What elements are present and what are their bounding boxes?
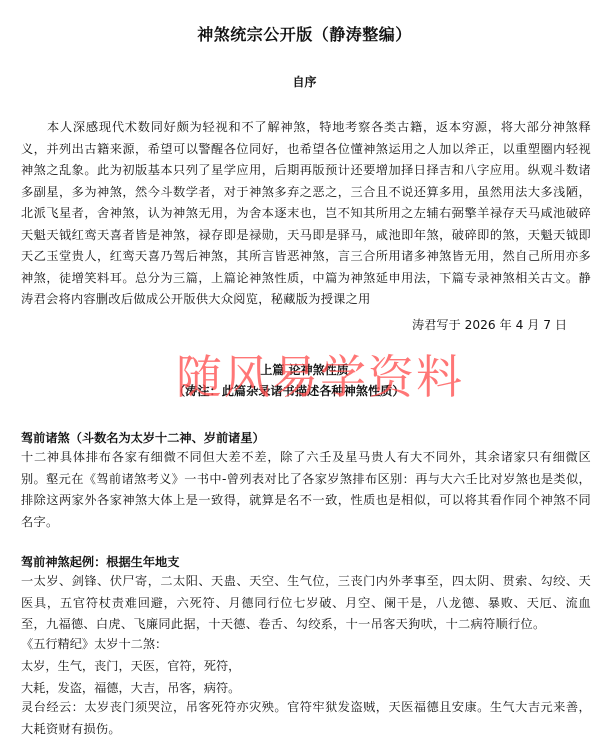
document-page: 神煞统宗公开版（静涛整编） 自序 本人深感现代术数同好颇为轻视和不了解神煞，特地…	[0, 0, 609, 739]
subsection-paragraph-jiaqian: 十二神具体排布各家有细微不同但大差不差，除了六壬及星马贵人有大不同外，其余诸家只…	[21, 447, 591, 533]
section-note: （涛注：此篇杂录诸书描述各种神煞性质）	[173, 382, 405, 399]
preface-heading: 自序	[0, 73, 609, 90]
subsection-paragraph-qili: 一太岁、剑锋、伏尸寄，二太阳、天蛊、天空、生气位，三丧门内外孝事至，四太阴、贯索…	[21, 571, 591, 636]
lingtai-quote: 灵台经云：太岁丧门须哭泣，吊客死符亦灾殃。官符牢狱发盗贼，天医福德且安康。生气大…	[21, 697, 591, 739]
wuxing-citation: 《五行精纪》太岁十二煞：	[21, 635, 167, 652]
preface-paragraph: 本人深感现代术数同好颇为轻视和不了解神煞，特地考察各类古籍，返本穷源，将大部分神…	[21, 117, 591, 311]
sha-list-line-1: 太岁，生气，丧门，天医，官符，死符，	[21, 657, 240, 674]
subsection-heading-jiaqian: 驾前诸煞（斗数名为太岁十二神、岁前诸星）	[21, 429, 265, 446]
subsection-heading-qili: 驾前神煞起例：根据生年地支	[21, 553, 179, 570]
document-title: 神煞统宗公开版（静涛整编）	[0, 22, 609, 45]
author-signature: 涛君写于 2026 年 4 月 7 日	[412, 316, 567, 333]
sha-list-line-2: 大耗，发盗，福德，大吉，吊客，病符。	[21, 679, 240, 696]
section-title: 上篇 论神煞性质	[0, 361, 609, 378]
